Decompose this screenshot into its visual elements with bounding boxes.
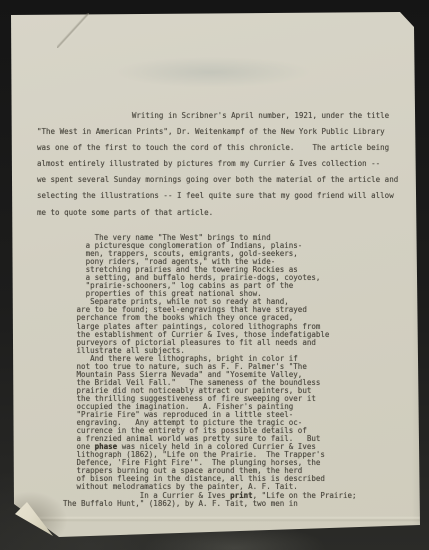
intro-paragraph: Writing in Scribner's April number, 1921…	[37, 108, 398, 221]
paper-crease	[57, 13, 89, 48]
typed-line: Writing in Scribner's April number, 1921…	[37, 108, 398, 124]
typed-line: selecting the illustrations -- I feel qu…	[37, 188, 398, 204]
typed-line: "The West in American Prints", Dr. Weite…	[37, 124, 398, 140]
typed-line: was one of the first to touch the cord o…	[37, 140, 398, 156]
quoted-excerpt: The very name "The West" brings to mind …	[63, 234, 357, 508]
photo-background: Writing in Scribner's April number, 1921…	[0, 0, 429, 550]
typed-line: we spent several Sunday mornings going o…	[37, 172, 398, 188]
quote-line-last: The Buffalo Hunt," (1862), by A. F. Tait…	[63, 500, 357, 508]
typed-line: almost entirely illustrated by pictures …	[37, 156, 398, 172]
quote-lines-lower: lithograph (1862), "Life on the Prairie.…	[63, 451, 357, 491]
typed-line: me to quote some parts of that article.	[37, 205, 398, 221]
quote-lines-upper: The very name "The West" brings to mind …	[63, 234, 357, 443]
